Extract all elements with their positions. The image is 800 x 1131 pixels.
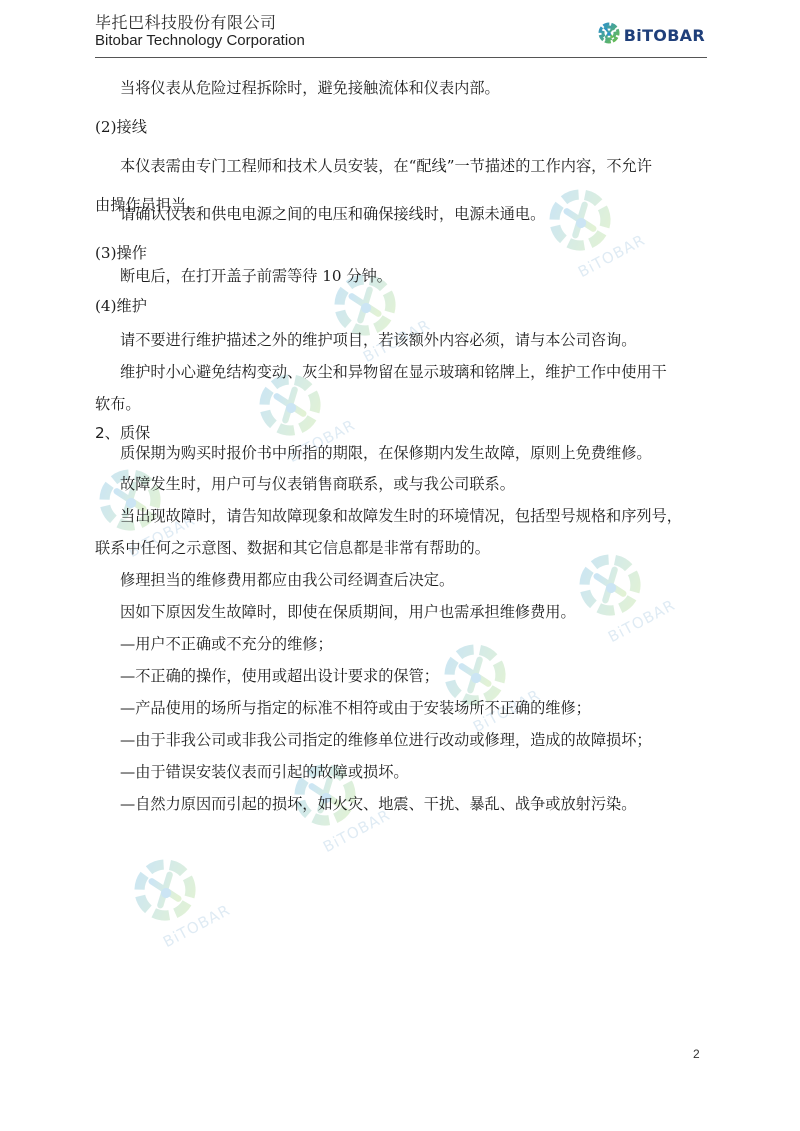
paragraph-line: 因如下原因发生故障时，即使在保质期间，用户也需承担维修费用。 — [120, 602, 576, 622]
watermark-text: BiTOBAR — [575, 231, 648, 281]
paragraph-line: 故障发生时，用户可与仪表销售商联系，或与我公司联系。 — [120, 474, 515, 494]
paragraph-line: —产品使用的场所与指定的标准不相符或由于安装场所不正确的维修； — [120, 698, 591, 718]
section-heading: 2、质保 — [95, 423, 150, 443]
paragraph-line: —用户不正确或不充分的维修； — [120, 634, 333, 654]
paragraph-line: 质保期为购买时报价书中所指的期限，在保修期内发生故障，原则上免费维修。 — [120, 443, 652, 463]
watermark-logo-icon — [120, 845, 210, 935]
page-header: 毕托巴科技股份有限公司 Bitobar Technology Corporati… — [95, 10, 707, 58]
watermark-logo-icon — [535, 175, 625, 265]
bitobar-logo-icon — [598, 22, 620, 48]
watermark-text: BiTOBAR — [160, 901, 233, 951]
paragraph-line: 本仪表需由专门工程师和技术人员安装，在“配线”一节描述的工作内容，不允许 — [120, 156, 652, 176]
company-name-chinese: 毕托巴科技股份有限公司 — [95, 10, 277, 33]
logo-wordmark: BiTOBAR — [624, 26, 705, 45]
paragraph-line: —由于非我公司或非我公司指定的维修单位进行改动或修理，造成的故障损坏； — [120, 730, 652, 750]
paragraph-line: 联系中任何之示意图、数据和其它信息都是非常有帮助的。 — [95, 538, 490, 558]
paragraph-line: 当出现故障时，请告知故障现象和故障发生时的环境情况，包括型号规格和序列号， — [120, 506, 682, 526]
header-divider — [95, 57, 707, 58]
watermark-logo-icon — [85, 455, 175, 545]
watermark-logo-icon — [565, 540, 655, 630]
paragraph-line: 当将仪表从危险过程拆除时，避免接触流体和仪表内部。 — [120, 78, 500, 98]
company-logo: BiTOBAR — [598, 22, 705, 48]
paragraph-line: —由于错误安装仪表而引起的故障或损坏。 — [120, 762, 409, 782]
page-number: 2 — [693, 1047, 700, 1061]
paragraph-line: 软布。 — [95, 394, 141, 414]
paragraph-line: —不正确的操作，使用或超出设计要求的保管； — [120, 666, 439, 686]
paragraph-line: 断电后，在打开盖子前需等待 10 分钟。 — [120, 266, 392, 286]
company-name-english: Bitobar Technology Corporation — [95, 32, 305, 49]
section-heading: (3)操作 — [95, 243, 147, 263]
paragraph-line: —自然力原因而引起的损坏，如火灾、地震、干扰、暴乱、战争或放射污染。 — [120, 794, 636, 814]
watermark: BiTOBAR — [575, 550, 685, 650]
paragraph-line: 修理担当的维修费用都应由我公司经调查后决定。 — [120, 570, 454, 590]
section-heading: (4)维护 — [95, 296, 147, 316]
paragraph-line: 请确认仪表和供电电源之间的电压和确保接线时，电源未通电。 — [120, 204, 545, 224]
section-heading: (2)接线 — [95, 117, 147, 137]
paragraph-line: 维护时小心避免结构变动、灰尘和异物留在显示玻璃和铭牌上，维护工作中使用干 — [120, 362, 667, 382]
watermark: BiTOBAR — [545, 185, 655, 285]
watermark-text: BiTOBAR — [605, 596, 678, 646]
watermark: BiTOBAR — [130, 855, 240, 955]
paragraph-line: 请不要进行维护描述之外的维护项目，若该额外内容必须，请与本公司咨询。 — [120, 330, 636, 350]
watermark: BiTOBAR — [440, 640, 550, 740]
